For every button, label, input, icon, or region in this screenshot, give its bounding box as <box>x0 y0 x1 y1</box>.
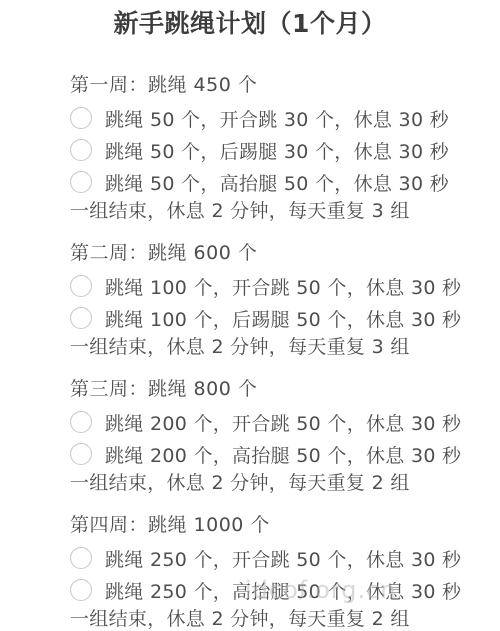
checklist-item-label: 跳绳 200 个，高抬腿 50 个，休息 30 秒 <box>105 441 461 468</box>
week-footer: 一组结束，休息 2 分钟，每天重复 2 组 <box>70 470 480 496</box>
checklist-item: 跳绳 100 个，后踢腿 50 个，休息 30 秒 <box>70 302 480 334</box>
checkbox-circle-icon[interactable] <box>70 579 92 601</box>
week-section-4: 第四周：跳绳 1000 个 跳绳 250 个，开合跳 50 个，休息 30 秒 … <box>70 512 480 631</box>
checkbox-circle-icon[interactable] <box>70 307 92 329</box>
checkbox-circle-icon[interactable] <box>70 547 92 569</box>
checkbox-circle-icon[interactable] <box>70 107 92 129</box>
week-heading: 第一周：跳绳 450 个 <box>70 72 480 98</box>
plan-content: 第一周：跳绳 450 个 跳绳 50 个，开合跳 30 个，休息 30 秒 跳绳… <box>0 72 500 631</box>
week-footer: 一组结束，休息 2 分钟，每天重复 3 组 <box>70 198 480 224</box>
checklist-item-label: 跳绳 100 个，后踢腿 50 个，休息 30 秒 <box>105 305 461 332</box>
week-heading: 第四周：跳绳 1000 个 <box>70 512 480 538</box>
checklist-item-label: 跳绳 50 个，后踢腿 30 个，休息 30 秒 <box>105 137 449 164</box>
checklist-item: 跳绳 200 个，开合跳 50 个，休息 30 秒 <box>70 406 480 438</box>
page-title: 新手跳绳计划（1个月） <box>0 0 500 42</box>
checkbox-circle-icon[interactable] <box>70 139 92 161</box>
checklist-item-label: 跳绳 250 个，开合跳 50 个，休息 30 秒 <box>105 545 461 572</box>
checklist-item: 跳绳 200 个，高抬腿 50 个，休息 30 秒 <box>70 438 480 470</box>
week-heading: 第二周：跳绳 600 个 <box>70 240 480 266</box>
checklist-item: 跳绳 50 个，高抬腿 50 个，休息 30 秒 <box>70 166 480 198</box>
checklist-item: 跳绳 50 个，后踢腿 30 个，休息 30 秒 <box>70 134 480 166</box>
checklist-item-label: 跳绳 250 个，高抬腿 50 个，休息 30 秒 <box>105 577 461 604</box>
week-section-1: 第一周：跳绳 450 个 跳绳 50 个，开合跳 30 个，休息 30 秒 跳绳… <box>70 72 480 224</box>
checkbox-circle-icon[interactable] <box>70 411 92 433</box>
week-section-2: 第二周：跳绳 600 个 跳绳 100 个，开合跳 50 个，休息 30 秒 跳… <box>70 240 480 360</box>
week-footer: 一组结束，休息 2 分钟，每天重复 3 组 <box>70 334 480 360</box>
note-page: 新手跳绳计划（1个月） 第一周：跳绳 450 个 跳绳 50 个，开合跳 30 … <box>0 0 500 631</box>
checklist-item: 跳绳 100 个，开合跳 50 个，休息 30 秒 <box>70 270 480 302</box>
checkbox-circle-icon[interactable] <box>70 443 92 465</box>
checkbox-circle-icon[interactable] <box>70 171 92 193</box>
checklist-item-label: 跳绳 50 个，开合跳 30 个，休息 30 秒 <box>105 105 449 132</box>
week-section-3: 第三周：跳绳 800 个 跳绳 200 个，开合跳 50 个，休息 30 秒 跳… <box>70 376 480 496</box>
checklist-item: 跳绳 50 个，开合跳 30 个，休息 30 秒 <box>70 102 480 134</box>
week-heading: 第三周：跳绳 800 个 <box>70 376 480 402</box>
checklist-item: 跳绳 250 个，高抬腿 50 个，休息 30 秒 <box>70 574 480 606</box>
checklist-item-label: 跳绳 50 个，高抬腿 50 个，休息 30 秒 <box>105 169 449 196</box>
checklist-item: 跳绳 250 个，开合跳 50 个，休息 30 秒 <box>70 542 480 574</box>
week-footer: 一组结束，休息 2 分钟，每天重复 2 组 <box>70 606 480 631</box>
checklist-item-label: 跳绳 200 个，开合跳 50 个，休息 30 秒 <box>105 409 461 436</box>
checklist-item-label: 跳绳 100 个，开合跳 50 个，休息 30 秒 <box>105 273 461 300</box>
checkbox-circle-icon[interactable] <box>70 275 92 297</box>
